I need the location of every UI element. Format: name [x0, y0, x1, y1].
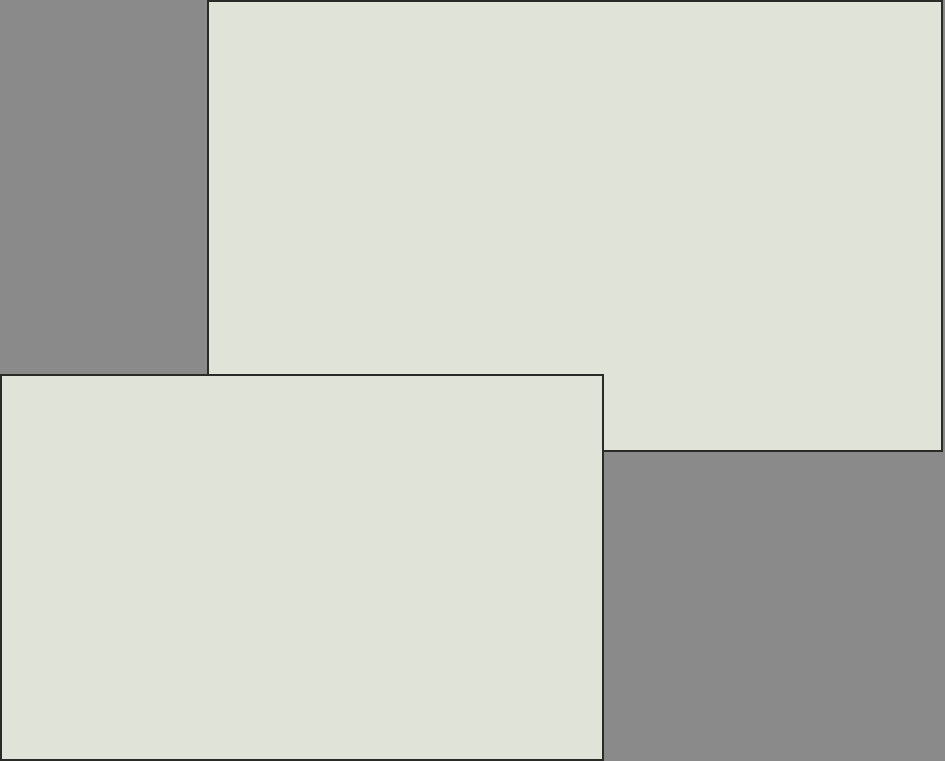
bottom-proof-sheet: [0, 374, 604, 761]
